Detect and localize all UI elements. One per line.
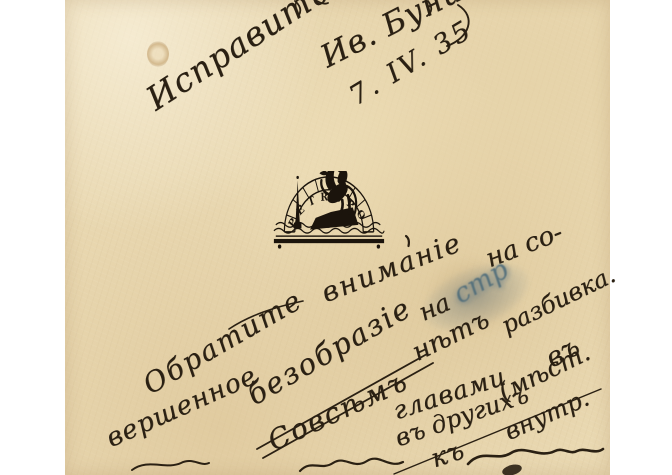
base-plinth — [274, 235, 384, 248]
petropolis-publisher-mark: PETROPOLIS — [272, 171, 386, 253]
paper-stain — [147, 41, 169, 67]
manuscript-scan: Исправить Ив. Бунин 7. IV. 35 PETROPOLIS — [0, 0, 672, 475]
